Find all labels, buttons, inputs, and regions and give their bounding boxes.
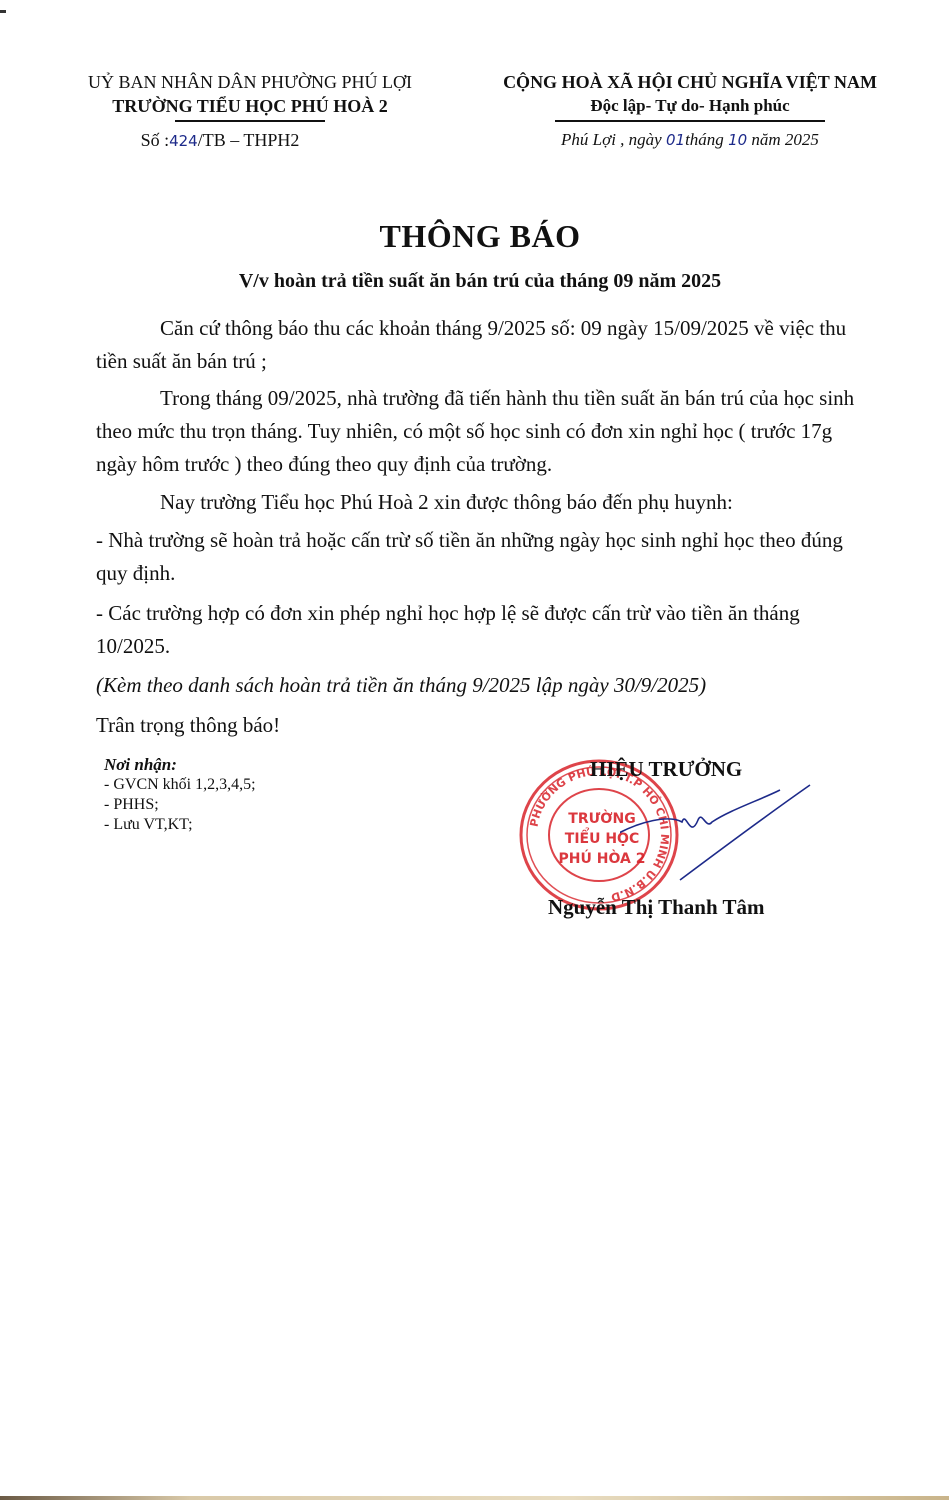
document-number: Số :424/TB – THPH2: [0, 128, 460, 153]
date-month-label: tháng: [685, 130, 728, 149]
scan-bottom-edge: [0, 1496, 949, 1500]
paragraph-context: Trong tháng 09/2025, nhà trường đã tiến …: [96, 382, 866, 481]
paragraph-announcement: Nay trường Tiểu học Phú Hoà 2 xin được t…: [96, 486, 866, 519]
issue-date: Phú Lợi , ngày 01tháng 10 năm 2025: [460, 128, 920, 152]
number-prefix: Số :: [141, 130, 170, 150]
number-handwritten: 424: [169, 132, 198, 150]
date-day-handwritten: 01: [666, 131, 685, 149]
date-year: năm 2025: [747, 130, 819, 149]
document-subtitle: V/v hoàn trả tiền suất ăn bán trú của th…: [0, 270, 949, 293]
document-title: THÔNG BÁO: [0, 218, 949, 255]
school-underline: [175, 120, 325, 122]
recipient-item: - PHHS;: [104, 795, 256, 815]
header-left: UỶ BAN NHÂN DÂN PHƯỜNG PHÚ LỢI TRƯỜNG TI…: [40, 70, 460, 153]
signer-name: Nguyễn Thị Thanh Tâm: [548, 895, 765, 920]
nation-title: CỘNG HOÀ XÃ HỘI CHỦ NGHĨA VIỆT NAM: [460, 70, 920, 94]
bullet-deduction: - Các trường hợp có đơn xin phép nghỉ họ…: [96, 597, 866, 663]
recipient-item: - Lưu VT,KT;: [104, 815, 256, 835]
attachment-note: (Kèm theo danh sách hoàn trả tiền ăn thá…: [96, 669, 866, 702]
bullet-refund: - Nhà trường sẽ hoàn trả hoặc cấn trừ số…: [96, 524, 866, 590]
header-right: CỘNG HOÀ XÃ HỘI CHỦ NGHĨA VIỆT NAM Độc l…: [460, 70, 920, 152]
recipients-block: Nơi nhận: - GVCN khối 1,2,3,4,5; - PHHS;…: [104, 755, 256, 835]
school-name: TRƯỜNG TIỂU HỌC PHÚ HOÀ 2: [40, 94, 460, 118]
date-place: Phú Lợi , ngày: [561, 130, 666, 149]
paragraph-basis: Căn cứ thông báo thu các khoản tháng 9/2…: [96, 312, 866, 378]
recipient-item: - GVCN khối 1,2,3,4,5;: [104, 775, 256, 795]
scan-artifact: [0, 10, 6, 13]
motto-underline: [555, 120, 825, 122]
signer-role: HIỆU TRƯỞNG: [590, 757, 742, 782]
signature-scribble-icon: [620, 770, 820, 890]
closing-line: Trân trọng thông báo!: [96, 709, 866, 742]
date-month-handwritten: 10: [728, 131, 747, 149]
authority-name: UỶ BAN NHÂN DÂN PHƯỜNG PHÚ LỢI: [40, 70, 460, 94]
national-motto: Độc lập- Tự do- Hạnh phúc: [460, 94, 920, 118]
number-suffix: /TB – THPH2: [198, 130, 300, 150]
recipients-heading: Nơi nhận:: [104, 755, 256, 775]
